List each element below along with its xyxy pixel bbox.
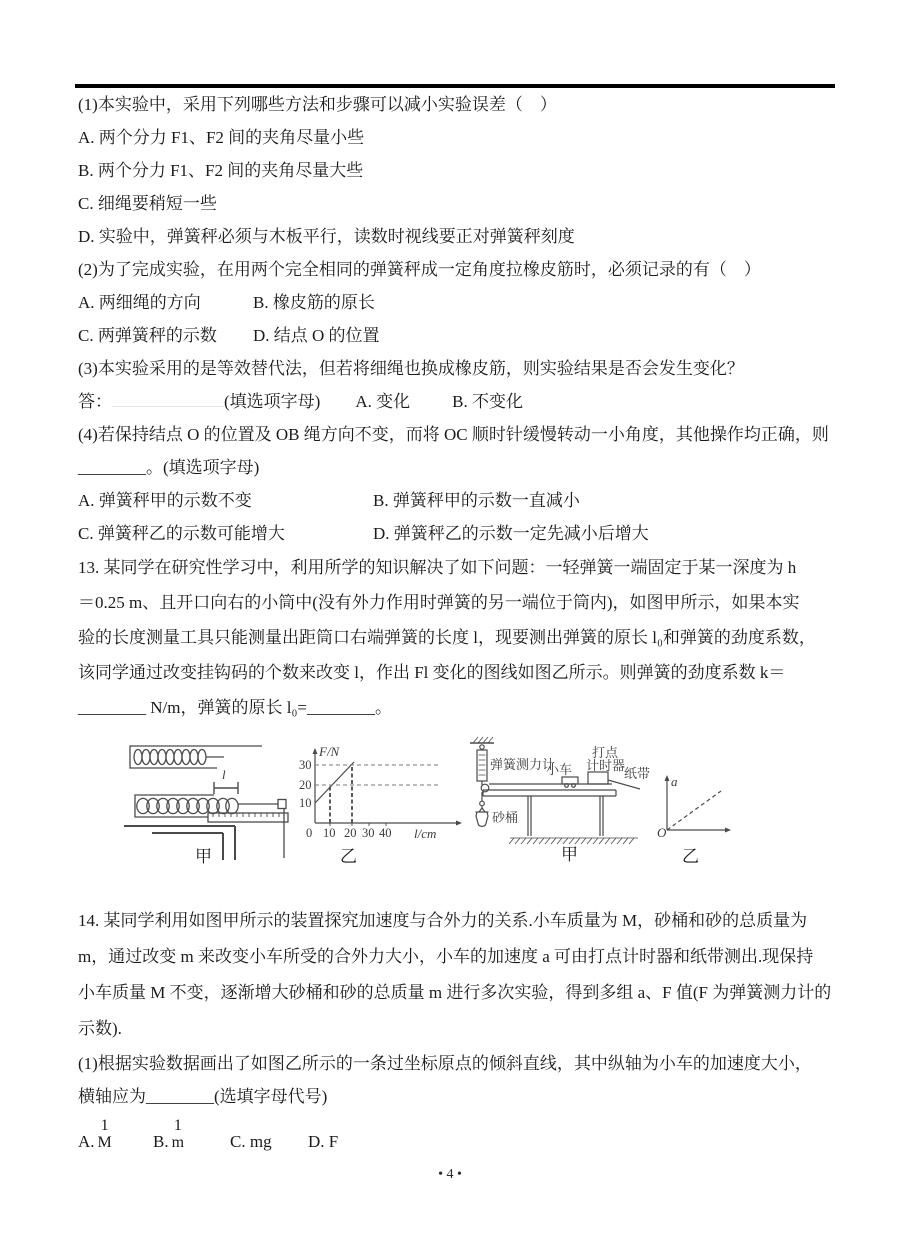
q12-part2-option-a: A. 两细绳的方向: [78, 286, 253, 319]
cart: [562, 777, 578, 787]
x-tick-20: 20: [344, 826, 357, 840]
answer-label: 答：: [78, 392, 112, 411]
denominator: M: [98, 1134, 112, 1151]
pulley: [481, 784, 489, 792]
denominator: m: [172, 1134, 184, 1151]
table-legs: [528, 796, 603, 836]
q14-line1: 14. 某同学利用如图甲所示的装置探究加速度与合外力的关系.小车质量为 M，砂桶…: [78, 903, 840, 939]
y-axis-arrow: [665, 775, 670, 781]
q14-sub1-line2: 横轴应为________(选填字母代号): [78, 1080, 840, 1113]
q14-line3: 小车质量 M 不变，逐渐增大砂桶和砂的总质量 m 进行多次实验，得到多组 a、F…: [78, 975, 840, 1011]
ceiling-mount: [470, 737, 494, 743]
q13-fig-yi-caption: 乙: [340, 847, 357, 867]
y-axis-label: F/N: [318, 744, 341, 759]
x-axis-label: l/cm: [414, 826, 436, 841]
length-marker: [214, 782, 238, 794]
q14-option-d: D. F: [308, 1132, 338, 1152]
q14-option-b: B.1m: [153, 1117, 230, 1152]
x-tick-10: 10: [323, 826, 336, 840]
q14-sub1-line1: (1)根据实验数据画出了如图乙所示的一条过坐标原点的倾斜直线，其中纵轴为小车的加…: [78, 1047, 840, 1080]
document-body: (1)本实验中，采用下列哪些方法和步骤可以减小实验误差（ ） A. 两个分力 F…: [0, 88, 900, 1183]
q12-part2-options-row2: C. 两弹簧秤的示数D. 结点 O 的位置: [78, 319, 840, 352]
q13-line5: ________ N/m，弹簧的原长 l₀=________。: [78, 690, 840, 725]
q14-fig-jia-caption: 甲: [561, 845, 578, 865]
numerator: 1: [172, 1117, 184, 1134]
option-c-label: C.: [230, 1132, 246, 1151]
q12-part4-option-a: A. 弹簧秤甲的示数不变: [78, 484, 373, 517]
q12-part4-option-b: B. 弹簧秤甲的示数一直减小: [373, 491, 580, 510]
spring-scale: [477, 750, 487, 781]
q12-part1-option-c: C. 细绳要稍短一些: [78, 187, 840, 220]
data-line: [315, 762, 354, 803]
ground-hatching: [509, 838, 638, 844]
x-tick-30: 30: [362, 826, 375, 840]
q13-line1: 13. 某同学在研究性学习中，利用所学的知识解决了如下问题：一轻弹簧一端固定于某…: [78, 550, 840, 585]
bucket-label: 砂桶: [492, 810, 518, 825]
scale-top-ring: [480, 745, 484, 749]
q12-part3-note: (填选项字母): [224, 392, 320, 411]
q12-part4-stem-line1: (4)若保持结点 O 的位置及 OB 绳方向不变，而将 OC 顺时针缓慢转动一小…: [78, 418, 840, 451]
q12-part4-options-row2: C. 弹簧秤乙的示数可能增大D. 弹簧秤乙的示数一定先减小后增大: [78, 517, 840, 550]
page-number: • 4 •: [60, 1167, 840, 1183]
option-b-label: B.: [153, 1132, 169, 1151]
q12-part4-option-d: D. 弹簧秤乙的示数一定先减小后增大: [373, 524, 649, 543]
dashed-guides-horizontal: [315, 765, 438, 785]
option-d-value: F: [329, 1132, 338, 1151]
q14-option-a: A.1M: [78, 1117, 153, 1152]
q12-part3-stem: (3)本实验采用的是等效替代法，但若将细绳也换成橡皮筋，则实验结果是否会发生变化…: [78, 352, 840, 385]
option-d-label: D.: [308, 1132, 325, 1151]
option-c-value: mg: [250, 1132, 272, 1151]
y-axis-arrow: [313, 748, 318, 754]
dashed-guides-vertical: [330, 765, 352, 823]
ticker-timer: [588, 772, 608, 784]
q12-part1-stem: (1)本实验中，采用下列哪些方法和步骤可以减小实验误差（ ）: [78, 88, 840, 121]
ruler: [208, 813, 288, 822]
q12-part1-option-a: A. 两个分力 F1、F2 间的夹角尽量小些: [78, 121, 840, 154]
x-axis-arrow: [725, 828, 731, 833]
stand-bracket: [124, 826, 235, 860]
sand-bucket: [476, 808, 489, 827]
q14-line4: 示数).: [78, 1011, 840, 1047]
hook: [278, 800, 286, 809]
q13-line4: 该同学通过改变挂钩码的个数来改变 l，作出 Fl 变化的图线如图乙所示。则弹簧的…: [78, 655, 840, 690]
stretched-spring: [137, 798, 238, 813]
length-label: l: [222, 767, 226, 782]
q12-part1-option-d: D. 实验中，弹簧秤必须与木板平行，读数时视线要正对弹簧秤刻度: [78, 220, 840, 253]
q12-part2-stem: (2)为了完成实验，在用两个完全相同的弹簧秤成一定角度拉橡皮筋时，必须记录的有（…: [78, 253, 840, 286]
q12-part2-option-c: C. 两弹簧秤的示数: [78, 319, 253, 352]
exam-page: (1)本实验中，采用下列哪些方法和步骤可以减小实验误差（ ） A. 两个分力 F…: [0, 0, 900, 1246]
timer-label-line2: 计时器: [586, 758, 625, 773]
upper-tube: [130, 746, 262, 768]
option-a-label: A.: [78, 1132, 95, 1151]
q14-fig-yi-caption: 乙: [682, 847, 699, 867]
option-b-fraction: 1m: [172, 1117, 184, 1151]
q12-part4-options-row1: A. 弹簧秤甲的示数不变B. 弹簧秤甲的示数一直减小: [78, 484, 840, 517]
y-tick-20: 20: [299, 778, 312, 792]
axes: [315, 754, 456, 823]
x-tick-40: 40: [379, 826, 392, 840]
q13-line2: ＝0.25 m、且开口向右的小筒中(没有外力作用时弹簧的另一端位于筒内)，如图甲…: [78, 585, 840, 620]
paper-tape-line: [608, 780, 640, 789]
q12-part2-options-row1: A. 两细绳的方向B. 橡皮筋的原长: [78, 286, 840, 319]
q14-sub1-options: A.1M B.1m C. mg D. F: [78, 1117, 840, 1163]
q13-line3: 验的长度测量工具只能测量出距筒口右端弹簧的长度 l，现要测出弹簧的原长 l₀和弹…: [78, 620, 840, 655]
compressed-spring: [134, 750, 206, 765]
origin-label: 0: [306, 826, 312, 840]
y-axis-label: a: [671, 774, 678, 789]
y-tick-30: 30: [299, 758, 312, 772]
q12-part4-stem-line2: ________。(填选项字母): [78, 451, 840, 484]
q14-option-c: C. mg: [230, 1132, 308, 1152]
q12-part2-option-d: D. 结点 O 的位置: [253, 326, 380, 345]
q14-line2: m，通过改变 m 来改变小车所受的合外力大小，小车的加速度 a 可由打点计时器和…: [78, 939, 840, 975]
q12-part4-option-c: C. 弹簧秤乙的示数可能增大: [78, 517, 373, 550]
q12-part2-option-b: B. 橡皮筋的原长: [253, 293, 375, 312]
cart-label: 小车: [546, 762, 572, 777]
numerator: 1: [98, 1117, 112, 1134]
origin-label: O: [657, 825, 667, 840]
q12-part3-option-a: A. 变化: [355, 392, 410, 411]
q13-graph: F/N 30 20 10 0 10 20 30 40 l/cm: [298, 740, 473, 875]
option-a-fraction: 1M: [98, 1117, 112, 1151]
q12-part1-option-b: B. 两个分力 F1、F2 间的夹角尽量大些: [78, 154, 840, 187]
data-line: [667, 791, 721, 830]
answer-blank: [112, 392, 224, 407]
string-connector: [480, 801, 485, 806]
figure-strip: l F/N 30 20 10 0 10 20: [0, 725, 900, 903]
y-tick-10: 10: [299, 796, 312, 810]
q12-part3-answer-row: 答：(填选项字母)A. 变化B. 不变化: [78, 385, 840, 418]
q12-part3-option-b: B. 不变化: [452, 392, 523, 411]
q13-fig-jia-caption: 甲: [195, 847, 212, 867]
